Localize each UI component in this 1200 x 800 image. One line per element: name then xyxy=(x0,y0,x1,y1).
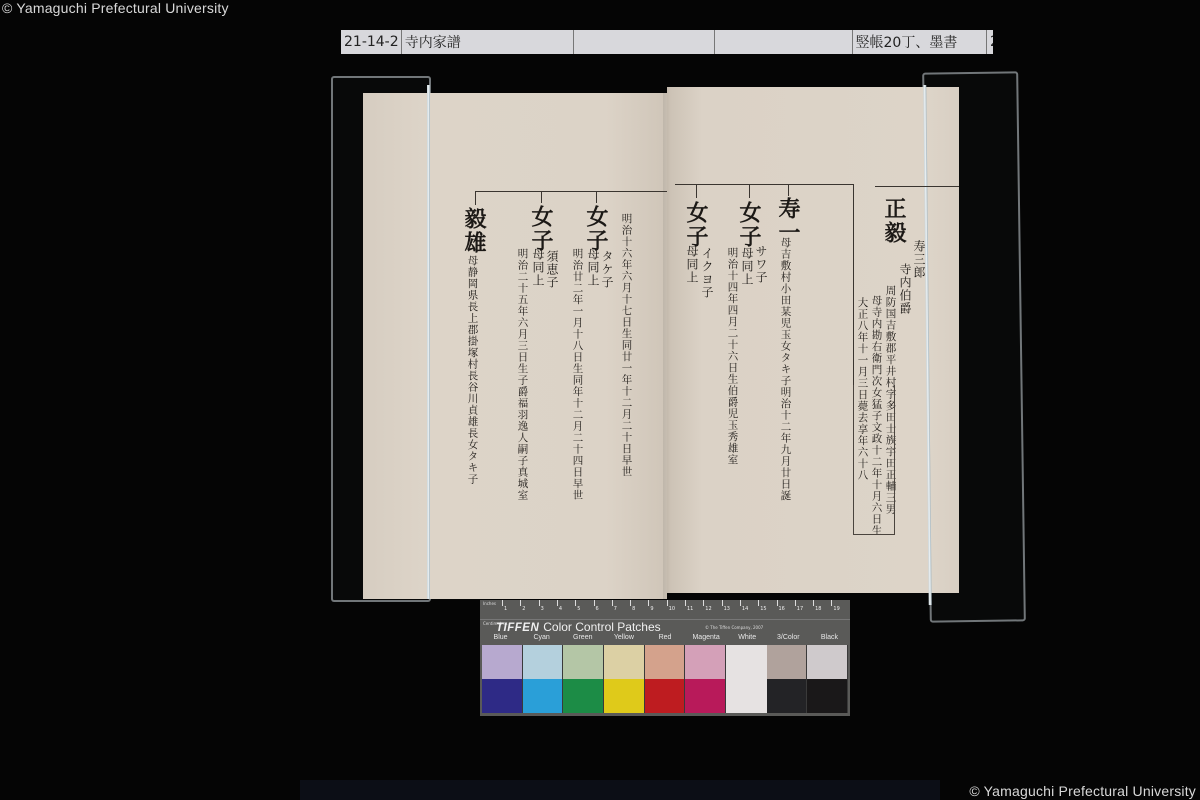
entry-mother-takeko: 母同上 xyxy=(587,248,599,287)
lineage-drop-ikuyoko xyxy=(696,184,697,198)
patch-light xyxy=(807,645,848,679)
ruler-tick xyxy=(575,600,576,606)
ruler-tick-label: 12 xyxy=(705,606,711,612)
patch-label: Magenta xyxy=(686,634,727,644)
ruler-tick xyxy=(722,600,723,606)
ruler-tick xyxy=(557,600,558,606)
ruler-tick xyxy=(777,600,778,606)
patch-label: Red xyxy=(644,634,685,644)
open-book: 正毅 寿三郎 寺内伯爵 周防国吉敷郡平井村字多田士族宇田正輔三男 母寺内勘右衛門… xyxy=(363,85,959,605)
entry-name-sawako: 女子 xyxy=(738,201,760,249)
entry-note1-sueko: 明治二十五年六月三日生子爵福羽逸人嗣子真城室 xyxy=(517,248,528,501)
ruler-tick-label: 5 xyxy=(577,606,580,612)
entry-mother-sawako: 母同上 xyxy=(741,247,753,286)
patch-label: Green xyxy=(562,634,603,644)
entry-note1-continuation: 明治十六年六月十七日生同廿一年十二月二十日早世 xyxy=(621,213,632,478)
chart-brand: TIFFEN xyxy=(496,622,539,634)
ruler-tick-label: 14 xyxy=(742,606,748,612)
patch-light xyxy=(482,645,523,679)
ruler-tick-label: 2 xyxy=(522,606,525,612)
color-patch-red xyxy=(645,645,686,713)
patch-dark xyxy=(807,679,848,713)
ruler-tick-label: 7 xyxy=(614,606,617,612)
ruler-tick xyxy=(630,600,631,606)
ruler: Inches 12345678910111213141516171819 xyxy=(480,600,850,620)
right-page xyxy=(667,87,959,593)
copyright-credit-top: © Yamaguchi Prefectural University xyxy=(2,0,229,16)
catalog-blank-2 xyxy=(715,30,852,54)
catalog-size: 28.4×20.1 xyxy=(987,30,993,54)
patch-label: Black xyxy=(809,634,850,644)
catalog-blank-1 xyxy=(574,30,716,54)
ruler-tick-label: 3 xyxy=(541,606,544,612)
entry-mother-sueko: 母同上 xyxy=(532,248,544,287)
ruler-tick xyxy=(648,600,649,606)
ruler-units-inches: Inches xyxy=(483,601,496,606)
ruler-tick xyxy=(758,600,759,606)
patch-dark xyxy=(523,679,564,713)
ruler-tick xyxy=(831,600,832,606)
patch-light xyxy=(645,645,686,679)
acrylic-edge-left xyxy=(427,85,430,599)
patch-dark xyxy=(604,679,645,713)
lineage-drop-sawako xyxy=(749,184,750,198)
lineage-line-head xyxy=(875,186,959,187)
patch-dark xyxy=(482,679,523,713)
ruler-tick-label: 13 xyxy=(724,606,730,612)
patch-dark xyxy=(563,679,604,713)
ruler-tick-label: 16 xyxy=(779,606,785,612)
color-patch-white xyxy=(726,645,767,713)
chart-title: TIFFENColor Control Patches xyxy=(496,620,661,634)
color-patch-3color xyxy=(767,645,808,713)
color-patch-black xyxy=(807,645,848,713)
patch-dark xyxy=(645,679,686,713)
patch-labels: Blue Cyan Green Yellow Red Magenta White… xyxy=(480,634,850,644)
entry-name-takeo: 毅雄 xyxy=(463,207,485,255)
book-gutter xyxy=(663,87,671,599)
ruler-tick xyxy=(502,600,503,606)
ruler-tick-label: 8 xyxy=(632,606,635,612)
lineage-line-left xyxy=(475,191,667,192)
entry-box-masatake xyxy=(853,385,895,535)
patch-dark xyxy=(767,679,808,713)
lineage-drop-sueko xyxy=(541,191,542,203)
ruler-tick xyxy=(813,600,814,606)
ruler-tick-label: 9 xyxy=(650,606,653,612)
patch-light xyxy=(726,645,767,679)
bottom-shadow-strip xyxy=(300,780,940,800)
patch-light xyxy=(523,645,564,679)
ruler-tick-label: 15 xyxy=(760,606,766,612)
entry-mother-ikuyoko: 母同上 xyxy=(686,245,698,284)
ruler-tick-label: 4 xyxy=(559,606,562,612)
lineage-drop-juichi xyxy=(788,184,789,196)
patch-light xyxy=(563,645,604,679)
patch-label: Cyan xyxy=(521,634,562,644)
patch-label: 3/Color xyxy=(768,634,809,644)
lineage-line-right xyxy=(675,184,853,185)
entry-name-ikuyoko: 女子 xyxy=(685,201,707,249)
ruler-tick-label: 6 xyxy=(596,606,599,612)
ruler-tick xyxy=(594,600,595,606)
color-control-chart: Inches 12345678910111213141516171819 Cen… xyxy=(480,600,850,716)
patch-dark xyxy=(685,679,726,713)
ruler-tick-label: 19 xyxy=(833,606,839,612)
ruler-tick-label: 10 xyxy=(669,606,675,612)
ruler-tick-label: 17 xyxy=(797,606,803,612)
ruler-tick xyxy=(520,600,521,606)
ruler-tick-label: 1 xyxy=(504,606,507,612)
entry-kana-sawako: サワ子 xyxy=(755,245,767,284)
color-patches xyxy=(482,645,848,713)
chart-title-text: Color Control Patches xyxy=(543,620,660,634)
catalog-id: 21-14-2 xyxy=(341,30,402,54)
color-patch-magenta xyxy=(685,645,726,713)
color-patch-blue xyxy=(482,645,523,713)
ruler-tick xyxy=(685,600,686,606)
patch-light xyxy=(685,645,726,679)
entry-kana-ikuyoko: イクヨ子 xyxy=(701,247,713,299)
patch-label: White xyxy=(727,634,768,644)
entry-title-masatake: 寺内伯爵 xyxy=(899,263,911,315)
color-patch-cyan xyxy=(523,645,564,713)
ruler-tick xyxy=(795,600,796,606)
color-patch-green xyxy=(563,645,604,713)
entry-kana-sueko: 須恵子 xyxy=(546,250,558,289)
patch-light xyxy=(604,645,645,679)
ruler-tick xyxy=(612,600,613,606)
patch-label: Yellow xyxy=(603,634,644,644)
catalog-title: 寺内家譜 xyxy=(402,30,574,54)
ruler-tick xyxy=(539,600,540,606)
ruler-tick xyxy=(703,600,704,606)
catalog-label: 21-14-2 寺内家譜 竪帳20丁、墨書 28.4×20.1 xyxy=(341,30,993,54)
chart-copyright: © The Tiffen Company, 2007 xyxy=(705,625,763,630)
ruler-tick-label: 11 xyxy=(687,606,693,612)
patch-light xyxy=(767,645,808,679)
entry-note1-takeo: 母静岡県長上郡掛塚村長谷川貞雄長女タキ子 xyxy=(467,255,478,485)
color-patch-yellow xyxy=(604,645,645,713)
ruler-tick xyxy=(667,600,668,606)
patch-label: Blue xyxy=(480,634,521,644)
lineage-drop-takeko xyxy=(596,191,597,203)
entry-note1-juichi: 母吉敷村小田某児玉女タキ子明治十二年九月廿日誕 xyxy=(780,237,791,502)
ruler-tick xyxy=(740,600,741,606)
ruler-tick-label: 18 xyxy=(815,606,821,612)
entry-name-sueko: 女子 xyxy=(530,205,552,253)
entry-name-takeko: 女子 xyxy=(585,205,607,253)
catalog-format: 竪帳20丁、墨書 xyxy=(853,30,987,54)
lineage-drop-takeo xyxy=(475,191,476,205)
patch-dark xyxy=(726,679,767,713)
entry-kana-takeko: タケ子 xyxy=(601,250,613,289)
entry-note1-takeko: 明治廿二年一月十八日生同年十二月二十四日早世 xyxy=(572,248,583,501)
entry-note1-sawako: 明治十四年四月二十六日生伯爵児玉秀雄室 xyxy=(727,247,738,466)
entry-alias-masatake: 寿三郎 xyxy=(913,240,925,279)
entry-name-masatake: 正毅 xyxy=(883,197,905,245)
copyright-credit-bottom: © Yamaguchi Prefectural University xyxy=(969,783,1196,799)
